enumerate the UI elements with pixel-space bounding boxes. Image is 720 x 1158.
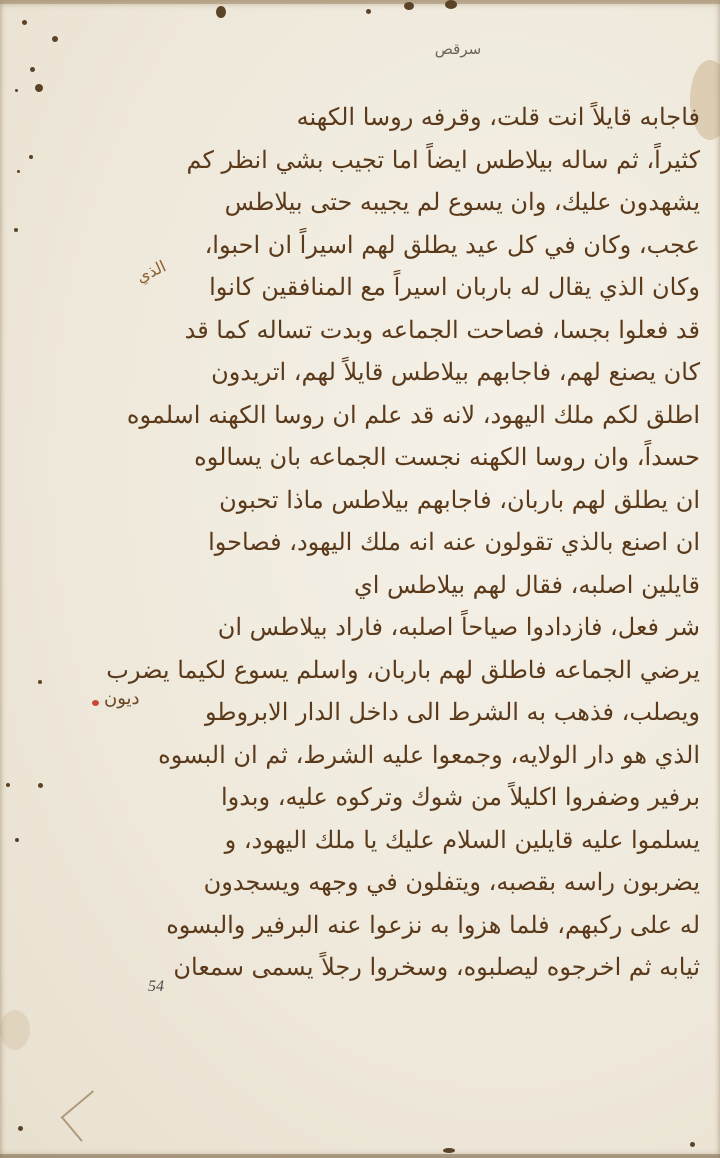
worm-hole bbox=[35, 84, 43, 92]
worm-hole bbox=[52, 36, 58, 42]
running-header: سرقص bbox=[428, 40, 488, 58]
margin-note: الذي bbox=[133, 256, 168, 286]
page-top-edge bbox=[0, 0, 720, 4]
worm-hole bbox=[366, 9, 371, 14]
text-line: ان اصنع بالذي تقولون عنه انه ملك اليهود،… bbox=[180, 521, 700, 564]
worm-hole bbox=[22, 20, 27, 25]
worm-hole bbox=[690, 1142, 695, 1147]
manuscript-page: سرقص فاجابه قايلاً انت قلت، وقرفه روسا ا… bbox=[0, 0, 720, 1158]
text-line: كثيراً، ثم ساله بيلاطس ايضاً اما تجيب بش… bbox=[180, 139, 700, 182]
text-line: يرضي الجماعه فاطلق لهم باربان، واسلم يسو… bbox=[180, 649, 700, 692]
text-line: يسلموا عليه قايلين السلام عليك يا ملك ال… bbox=[180, 819, 700, 862]
text-line: الذي هو دار الولايه، وجمعوا عليه الشرط، … bbox=[180, 734, 700, 777]
worm-hole bbox=[18, 1126, 23, 1131]
worm-hole bbox=[17, 170, 20, 173]
worm-hole bbox=[404, 2, 414, 10]
worm-hole bbox=[15, 89, 18, 92]
worm-hole bbox=[29, 155, 33, 159]
text-line: ويصلب، فذهب به الشرط الى داخل الدار الاب… bbox=[180, 691, 700, 734]
water-stain bbox=[0, 1010, 30, 1050]
text-line: له على ركبهم، فلما هزوا به نزعوا عنه الب… bbox=[180, 904, 700, 947]
text-line: شر فعل، فازدادوا صياحاً اصلبه، فاراد بيل… bbox=[180, 606, 700, 649]
worm-hole bbox=[38, 783, 43, 788]
text-line: ثيابه ثم اخرجوه ليصلبوه، وسخروا رجلاً يس… bbox=[180, 946, 700, 989]
pen-scrawl bbox=[61, 1090, 114, 1142]
text-line: يضربون راسه بقصبه، ويتفلون في وجهه ويسجد… bbox=[180, 861, 700, 904]
worm-hole bbox=[443, 1148, 455, 1153]
text-line: برفير وضفروا اكليلاً من شوك وتركوه عليه،… bbox=[180, 776, 700, 819]
text-line: وكان الذي يقال له باربان اسيراً مع المنا… bbox=[180, 266, 700, 309]
text-line: اطلق لكم ملك اليهود، لانه قد علم ان روسا… bbox=[180, 394, 700, 437]
margin-note: ديون bbox=[104, 688, 140, 709]
text-line: كان يصنع لهم، فاجابهم بيلاطس قايلاً لهم،… bbox=[180, 351, 700, 394]
worm-hole bbox=[38, 680, 42, 684]
text-line: قايلين اصلبه، فقال لهم بيلاطس اي bbox=[180, 564, 700, 607]
worm-hole bbox=[6, 783, 10, 787]
text-line: عجب، وكان في كل عيد يطلق لهم اسيراً ان ا… bbox=[180, 224, 700, 267]
text-line: يشهدون عليك، وان يسوع لم يجيبه حتى بيلاط… bbox=[180, 181, 700, 224]
folio-number: 54 bbox=[148, 978, 164, 996]
worm-hole bbox=[15, 838, 19, 842]
text-line: فاجابه قايلاً انت قلت، وقرفه روسا الكهنه bbox=[180, 96, 700, 139]
page-bottom-edge bbox=[0, 1154, 720, 1158]
text-line: حسداً، وان روسا الكهنه نجست الجماعه بان … bbox=[180, 436, 700, 479]
text-line: ان يطلق لهم باربان، فاجابهم بيلاطس ماذا … bbox=[180, 479, 700, 522]
main-text-block: فاجابه قايلاً انت قلت، وقرفه روسا الكهنه… bbox=[180, 96, 700, 989]
rubric-dot bbox=[92, 700, 99, 706]
worm-hole bbox=[30, 67, 35, 72]
worm-hole bbox=[216, 6, 226, 18]
text-line: قد فعلوا بجسا، فصاحت الجماعه وبدت تساله … bbox=[180, 309, 700, 352]
worm-hole bbox=[445, 0, 457, 9]
worm-hole bbox=[14, 228, 18, 232]
